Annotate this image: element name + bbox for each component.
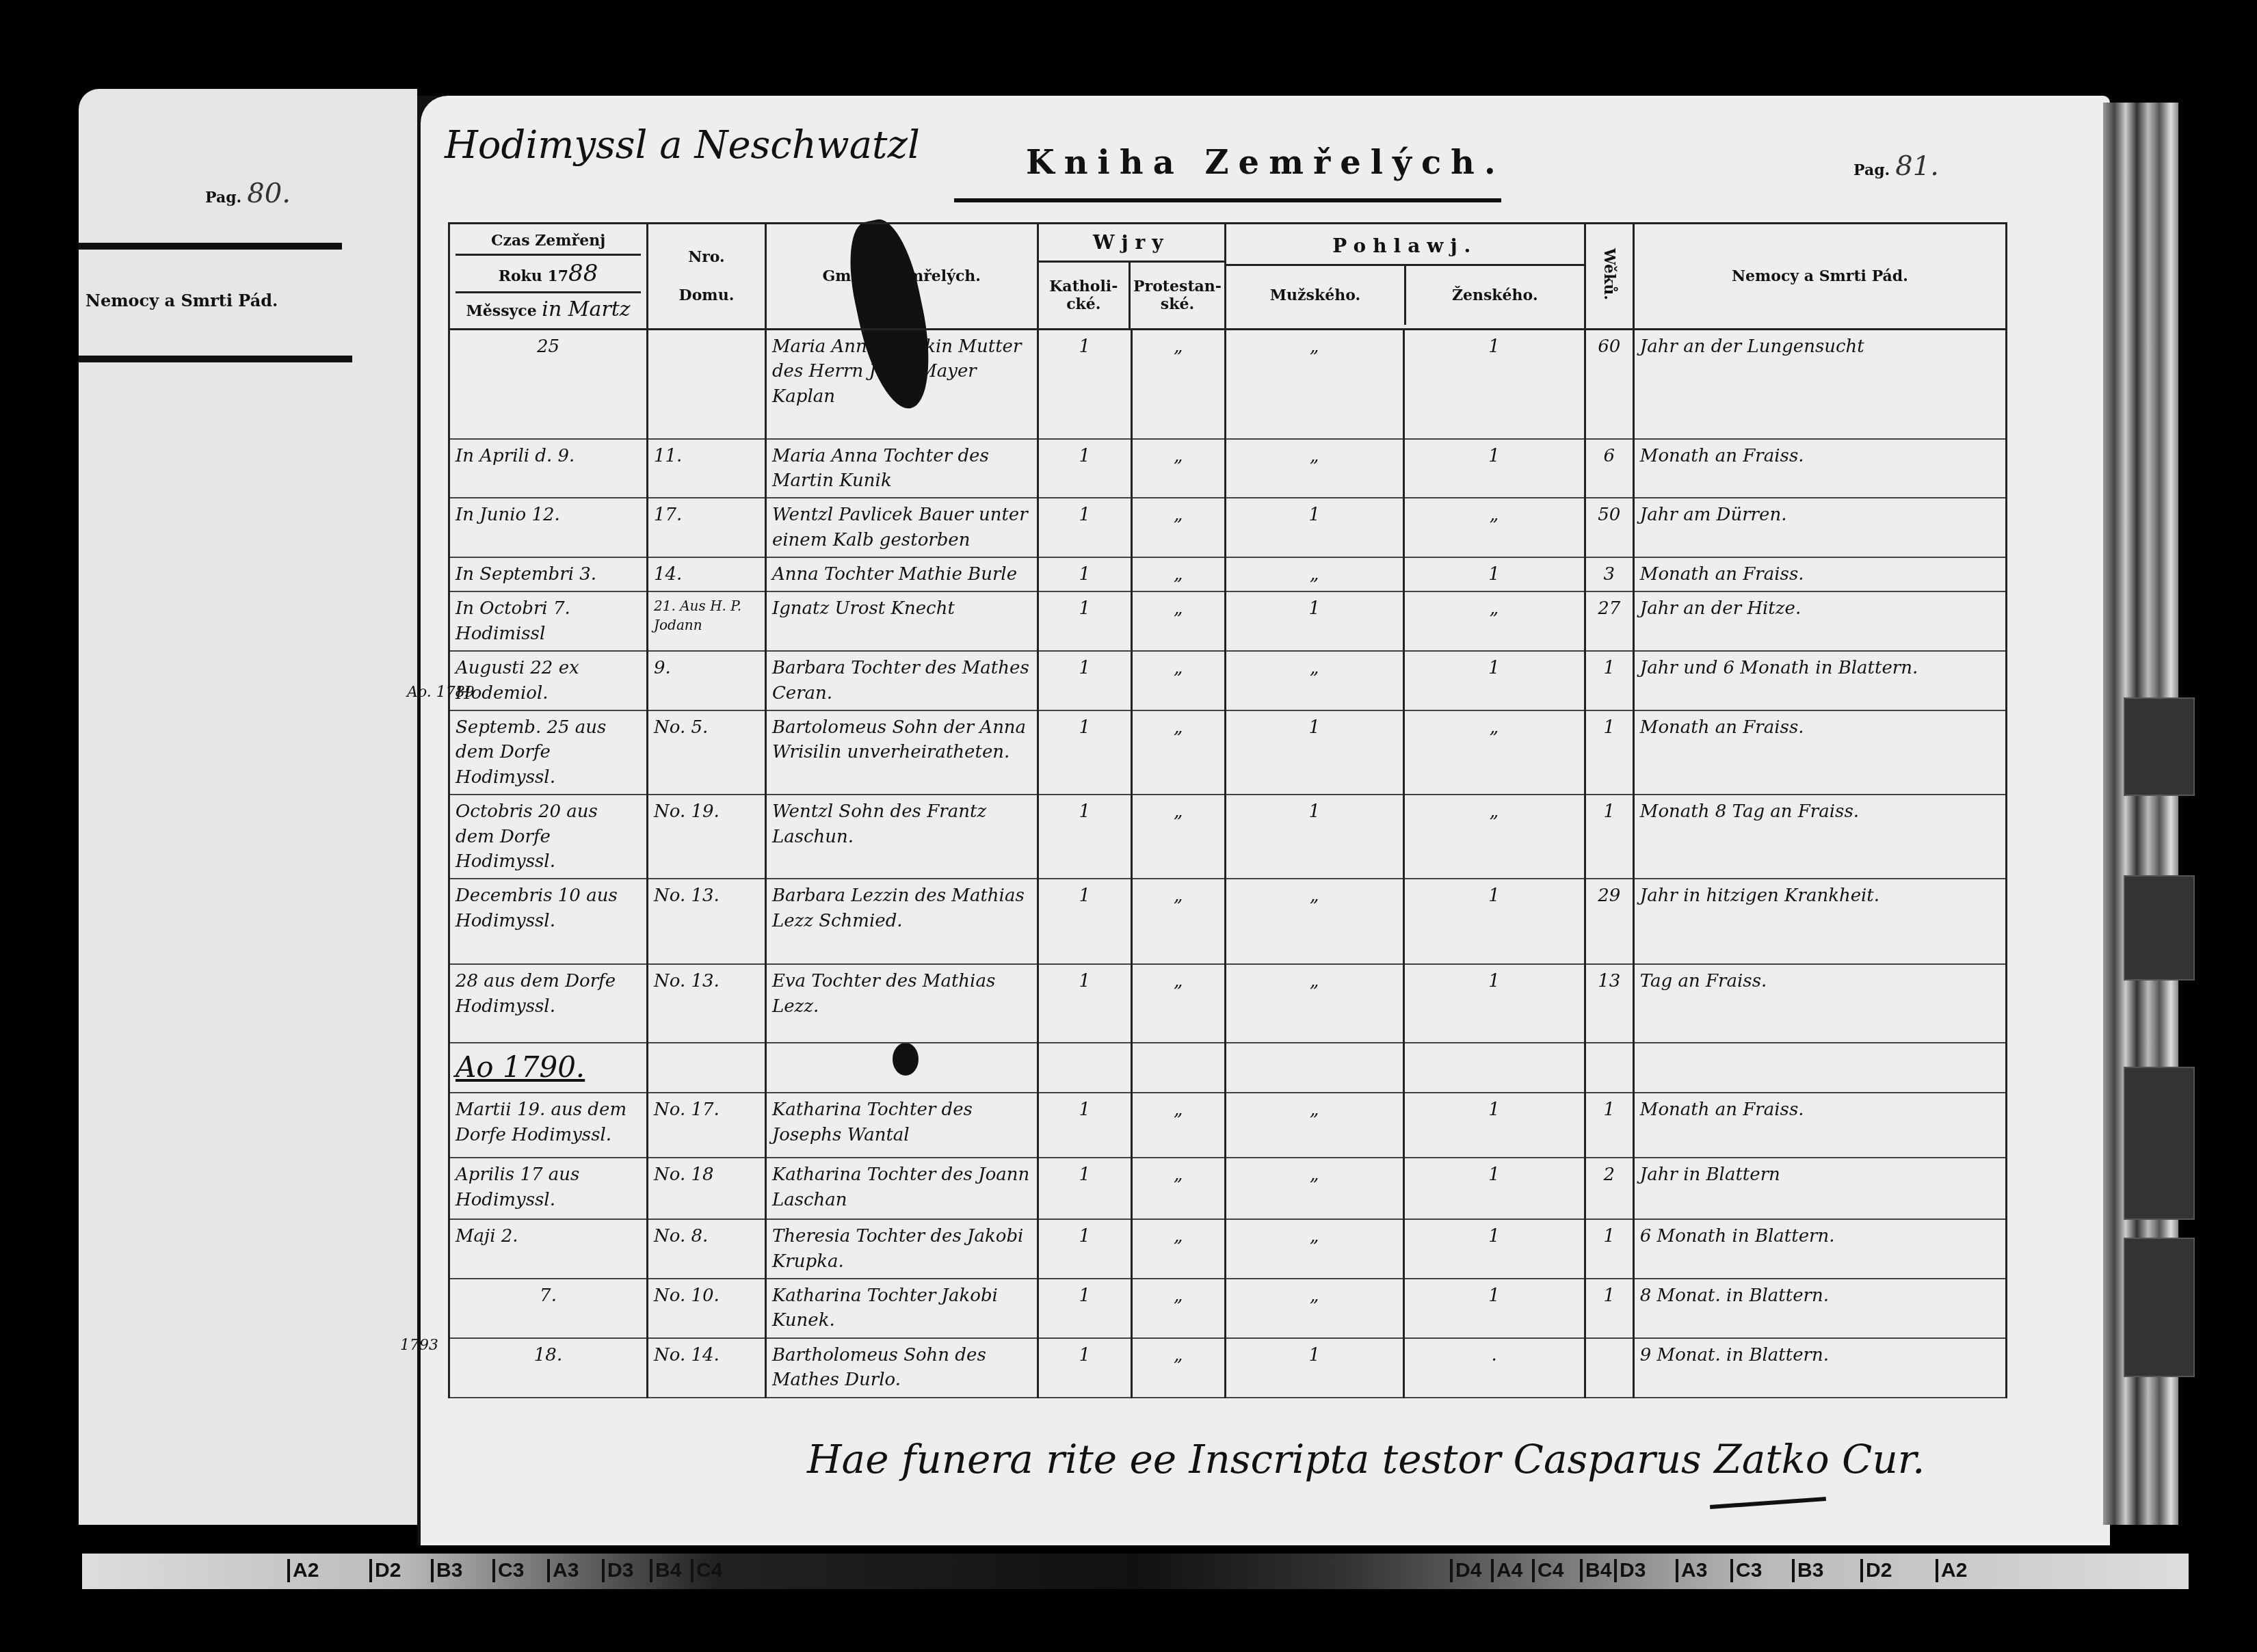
entry-cause: Jahr in Blattern [1633, 1158, 2006, 1219]
ruler-label: B3 [1792, 1559, 1823, 1582]
empty-cell [1131, 1043, 1225, 1093]
index-tab [2124, 1067, 2195, 1220]
margin-note: Ao. 1789 [407, 684, 475, 701]
empty-cell [648, 1043, 766, 1093]
female-header: Ženského. [1406, 266, 1584, 325]
entry-age: 50 [1585, 498, 1633, 557]
entry-age: 13 [1585, 964, 1633, 1043]
entry-protestant: „ [1131, 498, 1225, 557]
entry-house: No. 5. [648, 710, 766, 795]
sex-header: Pohlawj. Mužského. Ženského. [1225, 224, 1585, 330]
ruler-label: A3 [547, 1559, 579, 1582]
entry-name: Bartholomeus Sohn des Mathes Durlo. [765, 1338, 1038, 1398]
entry-cause: Monath an Fraiss. [1633, 439, 2006, 498]
faith-label: Wjry [1039, 224, 1224, 263]
entry-name: Maria Anna Tochter des Martin Kunik [765, 439, 1038, 498]
ruler-label: C3 [1730, 1559, 1762, 1582]
entry-date: Octobris 20 aus dem Dorfe Hodimyssl. [449, 795, 648, 879]
right-page-number: Pag.81. [1853, 150, 1939, 182]
entry-catholic: 1 [1038, 1158, 1131, 1219]
death-register-table: Czas Zemřenj Roku 1788 Měssyce in Martz … [448, 222, 2007, 1398]
table-row: In Junio 12. 17. Wentzl Pavlicek Bauer u… [449, 498, 2007, 557]
ruler-label: B4 [1580, 1559, 1611, 1582]
table-row: 25 Maria Anna Kunikin Mutter des Herrn J… [449, 330, 2007, 439]
entry-date: In Septembri 3. [449, 557, 648, 591]
entry-age: 1 [1585, 1279, 1633, 1338]
closing-attestation: Hae funera rite ee Inscripta testor Casp… [807, 1436, 1925, 1482]
entry-date: 7. [449, 1279, 648, 1338]
entry-date: 28 aus dem Dorfe Hodimyssl. [449, 964, 648, 1043]
entry-house: No. 10. [648, 1279, 766, 1338]
entry-female: 1 [1403, 1279, 1585, 1338]
entry-male: „ [1225, 879, 1403, 964]
entry-age: 1 [1585, 710, 1633, 795]
entry-date: In Octobri 7. Hodimissl [449, 591, 648, 651]
entry-protestant: „ [1131, 710, 1225, 795]
left-page: Pag.80. Nemocy a Smrti Pád. [79, 89, 417, 1525]
faith-header: Wjry Katholi- cké. Protestan- ské. [1038, 224, 1225, 330]
entry-female: „ [1403, 710, 1585, 795]
entry-male: „ [1225, 1158, 1403, 1219]
entry-protestant: „ [1131, 1093, 1225, 1158]
empty-cell [1403, 1043, 1585, 1093]
register-entries: 25 Maria Anna Kunikin Mutter des Herrn J… [449, 330, 2007, 1398]
year-marker: Ao 1790. [449, 1043, 648, 1093]
entry-cause: 8 Monat. in Blattern. [1633, 1279, 2006, 1338]
empty-cell [1038, 1043, 1131, 1093]
entry-male: 1 [1225, 795, 1403, 879]
entry-protestant: „ [1131, 1338, 1225, 1398]
entry-cause: 6 Monath in Blattern. [1633, 1219, 2006, 1279]
entry-age: 6 [1585, 439, 1633, 498]
entry-cause: Tag an Fraiss. [1633, 964, 2006, 1043]
time-of-death-label: Czas Zemřenj [456, 232, 641, 250]
ruler-label: B3 [431, 1559, 462, 1582]
page-number: 81. [1895, 150, 1939, 182]
age-header: Wěků. [1585, 224, 1633, 330]
entry-name: Barbara Tochter des Mathes Ceran. [765, 651, 1038, 710]
entry-house: No. 14. [648, 1338, 766, 1398]
entry-age: 1 [1585, 651, 1633, 710]
place-heading: Hodimyssl a Neschwatzl [445, 123, 920, 168]
scan-calibration-ruler: A2 D2 B3 C3 A3 D3 B4 C4 D4 A4 C4 B4 D3 A… [82, 1554, 2189, 1589]
entry-cause: Jahr an der Lungensucht [1633, 330, 2006, 439]
table-row: 28 aus dem Dorfe Hodimyssl. No. 13. Eva … [449, 964, 2007, 1043]
empty-cell [765, 1043, 1038, 1093]
entry-age: 29 [1585, 879, 1633, 964]
entry-age: 1 [1585, 795, 1633, 879]
entry-house: No. 19. [648, 795, 766, 879]
ruler-label: A3 [1676, 1559, 1707, 1582]
entry-house: No. 13. [648, 964, 766, 1043]
year-label: Roku 17 [499, 267, 568, 285]
entry-protestant: „ [1131, 1158, 1225, 1219]
table-row: Aprilis 17 aus Hodimyssl. No. 18 Kathari… [449, 1158, 2007, 1219]
ruler-label: D2 [1860, 1559, 1892, 1582]
ruler-label: D2 [369, 1559, 401, 1582]
ruler-label: D3 [1614, 1559, 1646, 1582]
entry-catholic: 1 [1038, 591, 1131, 651]
entry-date: 25 [449, 330, 648, 439]
entry-house: No. 8. [648, 1219, 766, 1279]
entry-male: „ [1225, 651, 1403, 710]
month-value: in Martz [542, 297, 630, 321]
title-underline [954, 198, 1501, 202]
entry-cause: Monath 8 Tag an Fraiss. [1633, 795, 2006, 879]
entry-name: Wentzl Sohn des Frantz Laschun. [765, 795, 1038, 879]
ruler-label: D3 [602, 1559, 633, 1582]
entry-cause: Jahr an der Hitze. [1633, 591, 2006, 651]
protestant-header: Protestan- ské. [1131, 263, 1224, 328]
entry-female: 1 [1403, 879, 1585, 964]
entry-female: 1 [1403, 1093, 1585, 1158]
table-row: In Octobri 7. Hodimissl 21. Aus H. P. Jo… [449, 591, 2007, 651]
entry-name: Bartolomeus Sohn der Anna Wrisilin unver… [765, 710, 1038, 795]
ruler-label: A4 [1491, 1559, 1522, 1582]
entry-catholic: 1 [1038, 557, 1131, 591]
entry-catholic: 1 [1038, 710, 1131, 795]
year-value: 88 [568, 260, 598, 287]
entry-protestant: „ [1131, 1219, 1225, 1279]
entry-catholic: 1 [1038, 330, 1131, 439]
entry-protestant: „ [1131, 795, 1225, 879]
entry-house: 9. [648, 651, 766, 710]
entry-cause: Monath an Fraiss. [1633, 710, 2006, 795]
entry-age: 27 [1585, 591, 1633, 651]
ruler-label: A2 [287, 1559, 319, 1582]
entry-house: No. 13. [648, 879, 766, 964]
entry-protestant: „ [1131, 651, 1225, 710]
entry-female: „ [1403, 591, 1585, 651]
entry-house: 11. [648, 439, 766, 498]
entry-protestant: „ [1131, 591, 1225, 651]
entry-name: Eva Tochter des Mathias Lezz. [765, 964, 1038, 1043]
entry-male: „ [1225, 1219, 1403, 1279]
entry-catholic: 1 [1038, 795, 1131, 879]
catholic-header: Katholi- cké. [1039, 263, 1131, 328]
entry-house: 21. Aus H. P. Jodann [648, 591, 766, 651]
index-tab [2124, 1238, 2195, 1377]
entry-protestant: „ [1131, 439, 1225, 498]
house-no-label: Nro. [654, 248, 759, 266]
entry-cause: Monath an Fraiss. [1633, 557, 2006, 591]
page-label: Pag. [205, 189, 241, 206]
name-header: Gméno Zemřelých. [765, 224, 1038, 330]
table-row: Octobris 20 aus dem Dorfe Hodimyssl. No.… [449, 795, 2007, 879]
entry-cause: Monath an Fraiss. [1633, 1093, 2006, 1158]
entry-name: Katharina Tochter des Josephs Wantal [765, 1093, 1038, 1158]
entry-male: „ [1225, 964, 1403, 1043]
entry-house: No. 18 [648, 1158, 766, 1219]
entry-age [1585, 1338, 1633, 1398]
ruler-label: C4 [691, 1559, 722, 1582]
entry-cause: Jahr in hitzigen Krankheit. [1633, 879, 2006, 964]
entry-protestant: „ [1131, 330, 1225, 439]
faith-subheaders: Katholi- cké. Protestan- ské. [1039, 263, 1224, 328]
table-row: 7. No. 10. Katharina Tochter Jakobi Kune… [449, 1279, 2007, 1338]
entry-date: 18. [449, 1338, 648, 1398]
ruler-label: C4 [1532, 1559, 1563, 1582]
entry-protestant: „ [1131, 964, 1225, 1043]
header-rule [79, 356, 352, 362]
table-row: Augusti 22 ex Hodemiol. 9. Barbara Tocht… [449, 651, 2007, 710]
entry-male: 1 [1225, 591, 1403, 651]
page-number: 80. [247, 178, 291, 209]
entry-catholic: 1 [1038, 1093, 1131, 1158]
cause-header: Nemocy a Smrti Pád. [1633, 224, 2006, 330]
entry-age: 3 [1585, 557, 1633, 591]
entry-male: 1 [1225, 710, 1403, 795]
male-header: Mužského. [1226, 266, 1406, 325]
entry-date: Maji 2. [449, 1219, 648, 1279]
table-row: Maji 2. No. 8. Theresia Tochter des Jako… [449, 1219, 2007, 1279]
entry-name: Maria Anna Kunikin Mutter des Herrn Jose… [765, 330, 1038, 439]
entry-name: Katharina Tochter des Joann Laschan [765, 1158, 1038, 1219]
entry-date: In Aprili d. 9. [449, 439, 648, 498]
entry-age: 1 [1585, 1219, 1633, 1279]
entry-name: Wentzl Pavlicek Bauer unter einem Kalb g… [765, 498, 1038, 557]
entry-house: No. 17. [648, 1093, 766, 1158]
entry-catholic: 1 [1038, 964, 1131, 1043]
sex-subheaders: Mužského. Ženského. [1226, 266, 1584, 325]
entry-female: 1 [1403, 330, 1585, 439]
time-of-death-header: Czas Zemřenj Roku 1788 Měssyce in Martz [449, 224, 648, 330]
sex-label: Pohlawj. [1226, 228, 1584, 266]
left-page-number: Pag.80. [205, 178, 291, 209]
house-number-header: Nro. Domu. [648, 224, 766, 330]
entry-male: „ [1225, 330, 1403, 439]
table-row: Septemb. 25 aus dem Dorfe Hodimyssl. No.… [449, 710, 2007, 795]
entry-protestant: „ [1131, 1279, 1225, 1338]
entry-cause: Jahr am Dürren. [1633, 498, 2006, 557]
table-row: Decembris 10 aus Hodimyssl. No. 13. Barb… [449, 879, 2007, 964]
register-title: Kniha Zemřelých. [1026, 144, 1505, 182]
entry-cause: Jahr und 6 Monath in Blattern. [1633, 651, 2006, 710]
entry-cause: 9 Monat. in Blattern. [1633, 1338, 2006, 1398]
entry-male: 1 [1225, 1338, 1403, 1398]
table-row: Martii 19. aus dem Dorfe Hodimyssl. No. … [449, 1093, 2007, 1158]
entry-catholic: 1 [1038, 439, 1131, 498]
entry-male: „ [1225, 1279, 1403, 1338]
age-label: Wěků. [1600, 248, 1618, 300]
entry-date: Aprilis 17 aus Hodimyssl. [449, 1158, 648, 1219]
entry-male: „ [1225, 1093, 1403, 1158]
entry-name: Theresia Tochter des Jakobi Krupka. [765, 1219, 1038, 1279]
entry-catholic: 1 [1038, 498, 1131, 557]
entry-female: . [1403, 1338, 1585, 1398]
ruler-label: D4 [1450, 1559, 1481, 1582]
entry-name: Barbara Lezzin des Mathias Lezz Schmied. [765, 879, 1038, 964]
entry-date: Martii 19. aus dem Dorfe Hodimyssl. [449, 1093, 648, 1158]
entry-protestant: „ [1131, 557, 1225, 591]
entry-date: Decembris 10 aus Hodimyssl. [449, 879, 648, 964]
ruler-label: B4 [650, 1559, 681, 1582]
entry-male: „ [1225, 439, 1403, 498]
entry-female: 1 [1403, 439, 1585, 498]
entry-name: Ignatz Urost Knecht [765, 591, 1038, 651]
year-row: Roku 1788 [456, 254, 641, 287]
table-row: In Septembri 3. 14. Anna Tochter Mathie … [449, 557, 2007, 591]
left-column-header: Nemocy a Smrti Pád. [85, 291, 278, 310]
entry-date: In Junio 12. [449, 498, 648, 557]
entry-female: „ [1403, 498, 1585, 557]
entry-catholic: 1 [1038, 879, 1131, 964]
empty-cell [1585, 1043, 1633, 1093]
entry-catholic: 1 [1038, 1338, 1131, 1398]
entry-age: 60 [1585, 330, 1633, 439]
entry-age: 1 [1585, 1093, 1633, 1158]
margin-note: 1793 [400, 1337, 438, 1354]
entry-date: Augusti 22 ex Hodemiol. [449, 651, 648, 710]
entry-house [648, 330, 766, 439]
month-row: Měssyce in Martz [456, 291, 641, 321]
entry-male: 1 [1225, 498, 1403, 557]
entry-female: 1 [1403, 1219, 1585, 1279]
empty-cell [1225, 1043, 1403, 1093]
entry-house: 17. [648, 498, 766, 557]
index-tab [2124, 875, 2195, 981]
index-tab [2124, 697, 2195, 796]
page-label: Pag. [1853, 161, 1890, 179]
entry-female: „ [1403, 795, 1585, 879]
entry-catholic: 1 [1038, 651, 1131, 710]
entry-age: 2 [1585, 1158, 1633, 1219]
entry-protestant: „ [1131, 879, 1225, 964]
ruler-label: A2 [1936, 1559, 1967, 1582]
entry-name: Katharina Tochter Jakobi Kunek. [765, 1279, 1038, 1338]
month-label: Měssyce [466, 302, 536, 320]
entry-catholic: 1 [1038, 1219, 1131, 1279]
entry-female: 1 [1403, 1158, 1585, 1219]
house-domu-label: Domu. [654, 287, 759, 304]
entry-catholic: 1 [1038, 1279, 1131, 1338]
entry-female: 1 [1403, 964, 1585, 1043]
entry-house: 14. [648, 557, 766, 591]
entry-female: 1 [1403, 557, 1585, 591]
entry-male: „ [1225, 557, 1403, 591]
table-row: In Aprili d. 9. 11. Maria Anna Tochter d… [449, 439, 2007, 498]
entry-date: Septemb. 25 aus dem Dorfe Hodimyssl. [449, 710, 648, 795]
year-marker-row: Ao 1790. [449, 1043, 2007, 1093]
empty-cell [1633, 1043, 2006, 1093]
ruler-label: C3 [492, 1559, 524, 1582]
header-rule [79, 243, 342, 250]
table-row: 18. No. 14. Bartholomeus Sohn des Mathes… [449, 1338, 2007, 1398]
entry-female: 1 [1403, 651, 1585, 710]
entry-name: Anna Tochter Mathie Burle [765, 557, 1038, 591]
